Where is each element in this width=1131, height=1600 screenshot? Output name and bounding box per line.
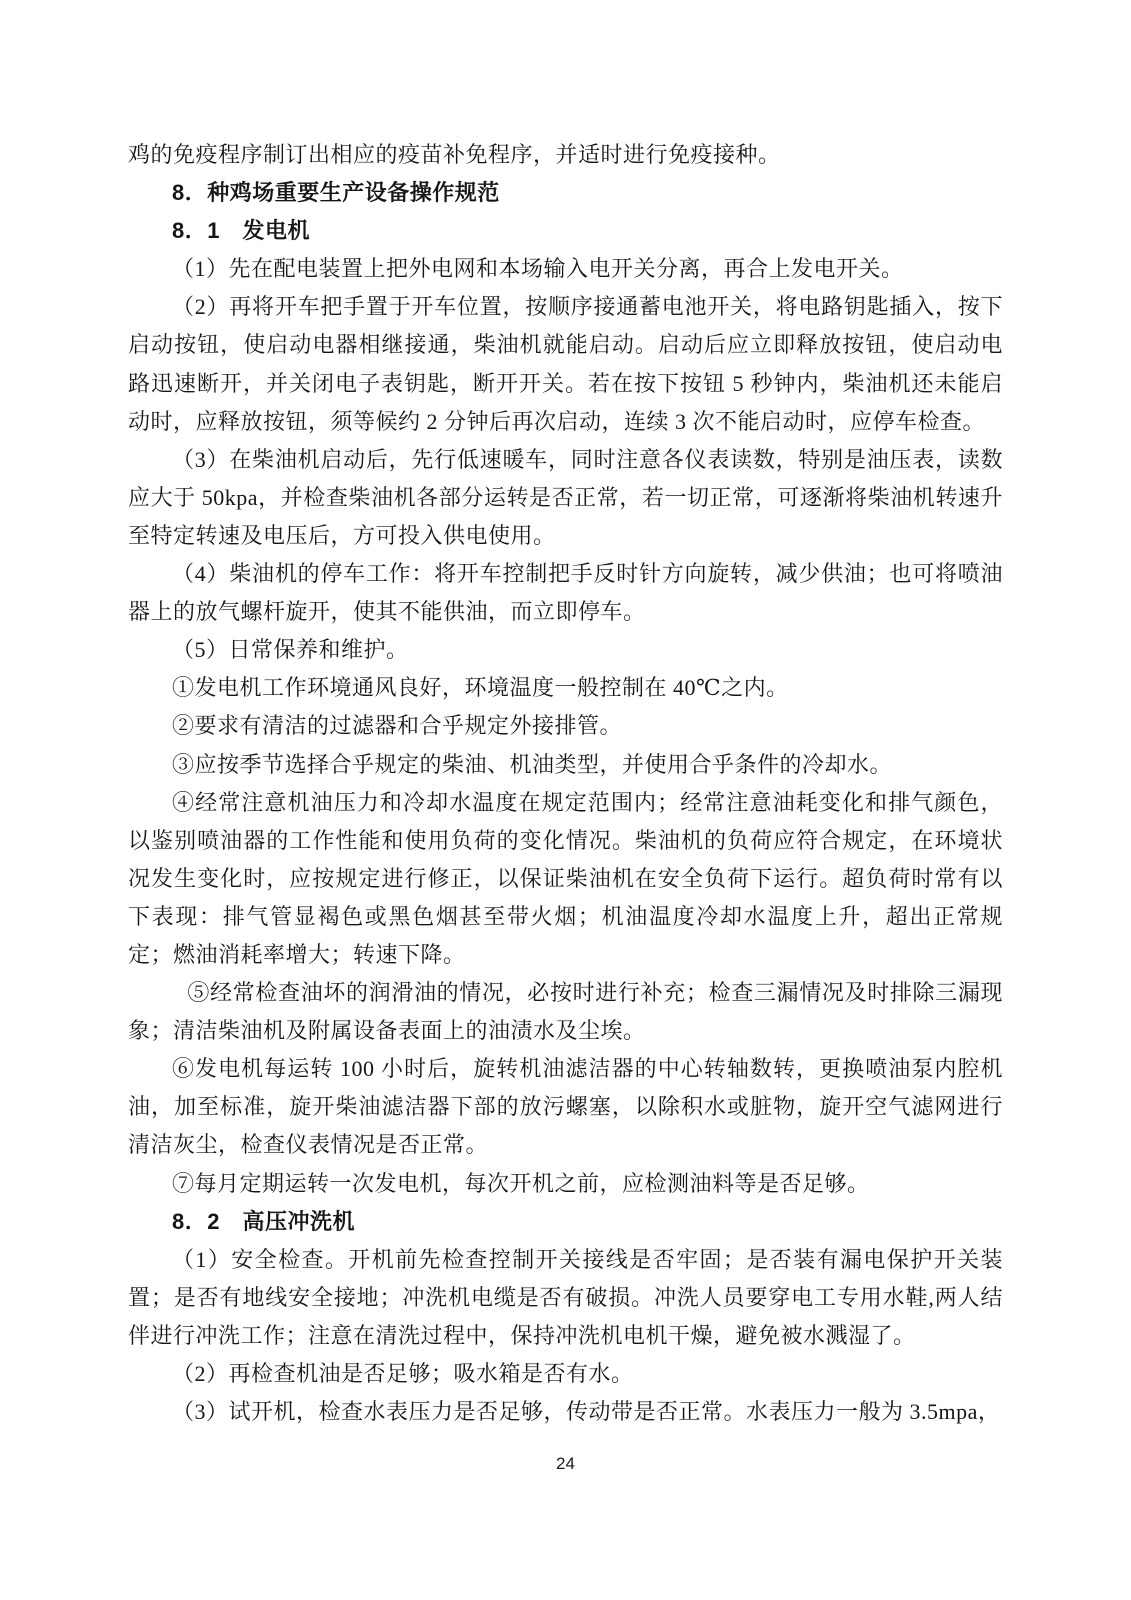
body-paragraph: （5）日常保养和维护。: [128, 631, 1003, 669]
list-item-circled-7: ⑦每月定期运转一次发电机，每次开机之前，应检测油料等是否足够。: [128, 1165, 1003, 1203]
section-heading: 8．种鸡场重要生产设备操作规范: [128, 174, 1003, 212]
body-paragraph: （2）再检查机油是否足够；吸水箱是否有水。: [128, 1355, 1003, 1393]
list-item-circled-5: ⑤经常检查油坏的润滑油的情况，必按时进行补充；检查三漏情况及时排除三漏现象；清洁…: [128, 974, 1003, 1050]
list-item-circled-4: ④经常注意机油压力和冷却水温度在规定范围内；经常注意油耗变化和排气颜色，以鉴别喷…: [128, 784, 1003, 974]
body-paragraph: 鸡的免疫程序制订出相应的疫苗补免程序，并适时进行免疫接种。: [128, 136, 1003, 174]
list-item-circled-3: ③应按季节选择合乎规定的柴油、机油类型，并使用合乎条件的冷却水。: [128, 746, 1003, 784]
body-paragraph: （3）在柴油机启动后，先行低速暖车，同时注意各仪表读数，特别是油压表，读数应大于…: [128, 441, 1003, 555]
page-number: 24: [0, 1452, 1131, 1476]
list-item-circled-1: ①发电机工作环境通风良好，环境温度一般控制在 40℃之内。: [128, 669, 1003, 707]
body-paragraph: （3）试开机，检查水表压力是否足够，传动带是否正常。水表压力一般为 3.5mpa…: [128, 1393, 1003, 1431]
subsection-heading-generator: 8．1 发电机: [128, 212, 1003, 250]
document-page: 鸡的免疫程序制订出相应的疫苗补免程序，并适时进行免疫接种。 8．种鸡场重要生产设…: [0, 0, 1131, 1600]
subsection-heading-washer: 8．2 高压冲洗机: [128, 1203, 1003, 1241]
list-item-circled-6: ⑥发电机每运转 100 小时后，旋转机油滤洁器的中心转轴数转，更换喷油泵内腔机油…: [128, 1050, 1003, 1164]
body-paragraph: （2）再将开车把手置于开车位置，按顺序接通蓄电池开关，将电路钥匙插入，按下启动按…: [128, 288, 1003, 440]
body-paragraph: （1）先在配电装置上把外电网和本场输入电开关分离，再合上发电开关。: [128, 250, 1003, 288]
body-paragraph: （4）柴油机的停车工作：将开车控制把手反时针方向旋转，减少供油；也可将喷油器上的…: [128, 555, 1003, 631]
body-paragraph: （1）安全检查。开机前先检查控制开关接线是否牢固；是否装有漏电保护开关装置；是否…: [128, 1241, 1003, 1355]
list-item-circled-2: ②要求有清洁的过滤器和合乎规定外接排管。: [128, 707, 1003, 745]
